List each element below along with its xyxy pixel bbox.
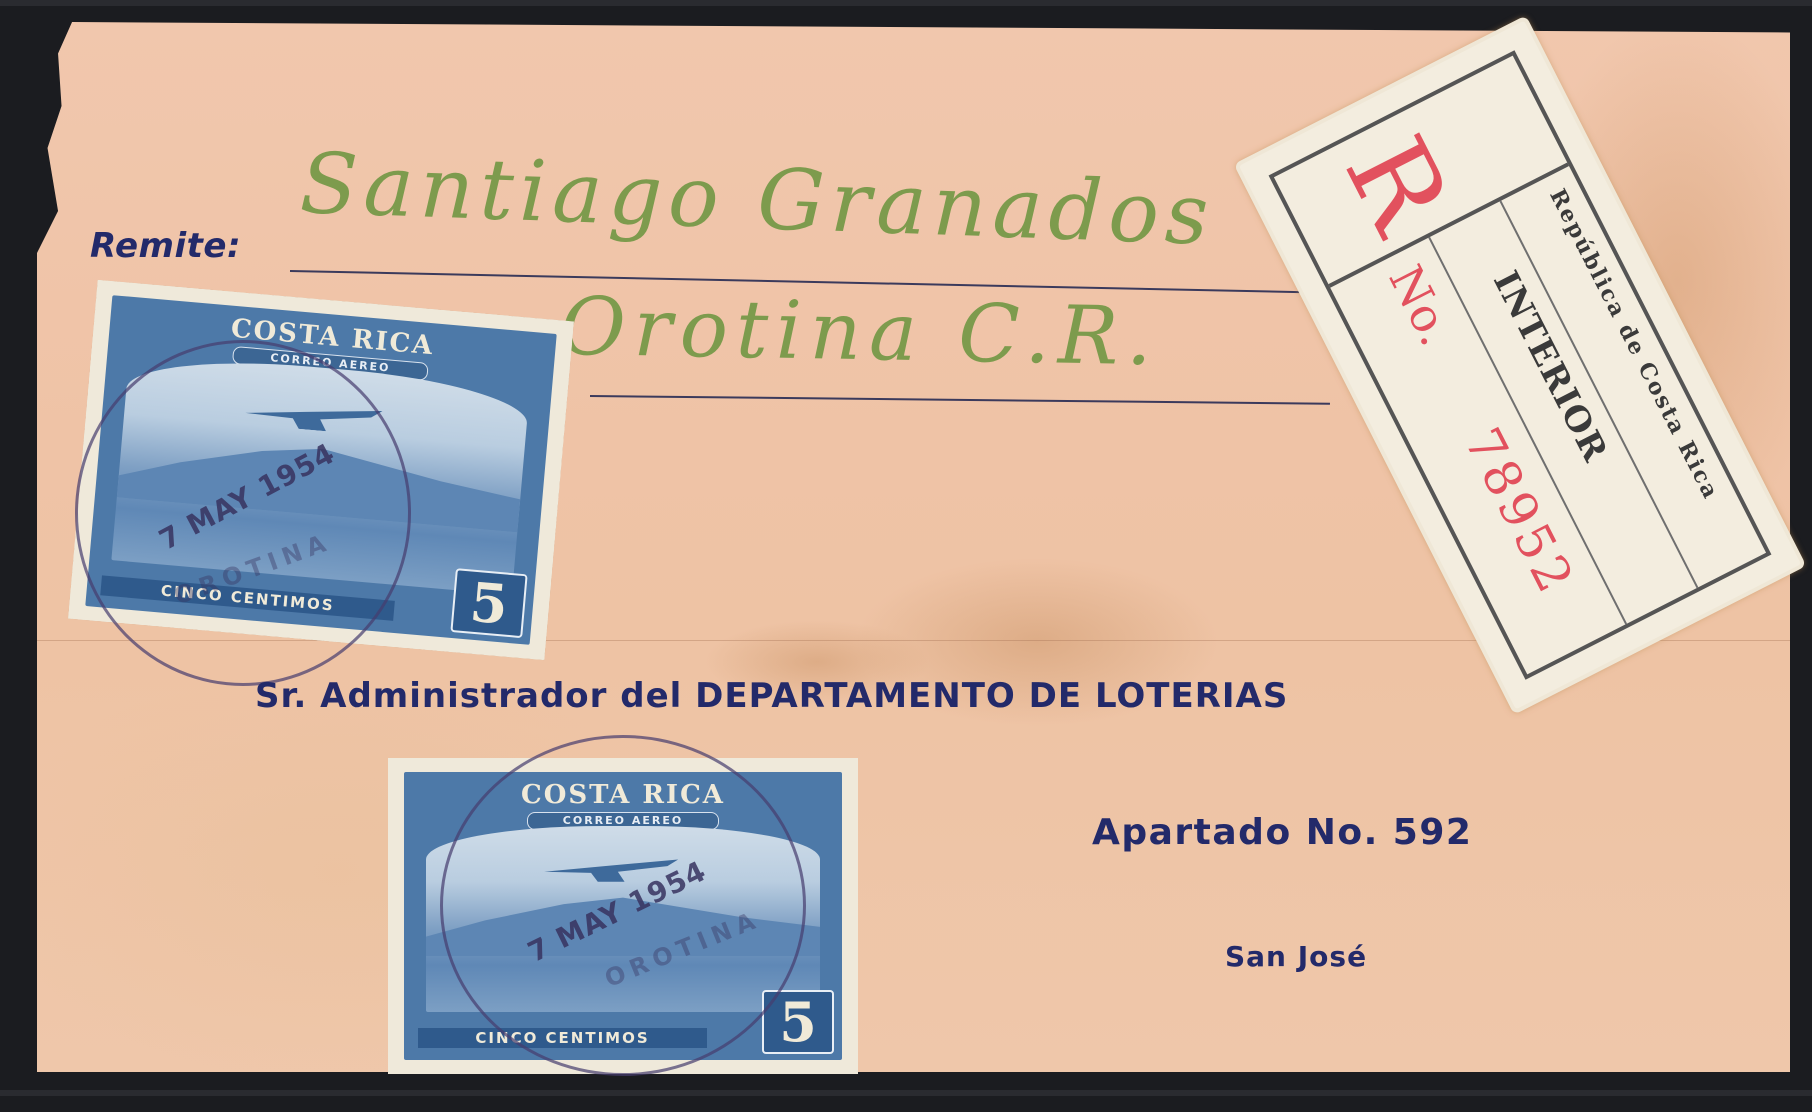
sender-label: Remite: [90, 226, 241, 266]
stamp-denomination: 5 [450, 568, 527, 638]
scanner-edge-bottom [0, 1090, 1812, 1096]
addressee-city: San José [1225, 940, 1367, 973]
sender-town-handwritten: Orotina C.R. [559, 280, 1160, 383]
registration-number: 78952 [1453, 419, 1586, 605]
addressee-name: Sr. Administrador del DEPARTAMENTO DE LO… [255, 676, 1288, 716]
registration-no-label: No. [1378, 257, 1463, 354]
addressee-po-box: Apartado No. 592 [1092, 812, 1472, 853]
scanner-edge-top [0, 0, 1812, 6]
